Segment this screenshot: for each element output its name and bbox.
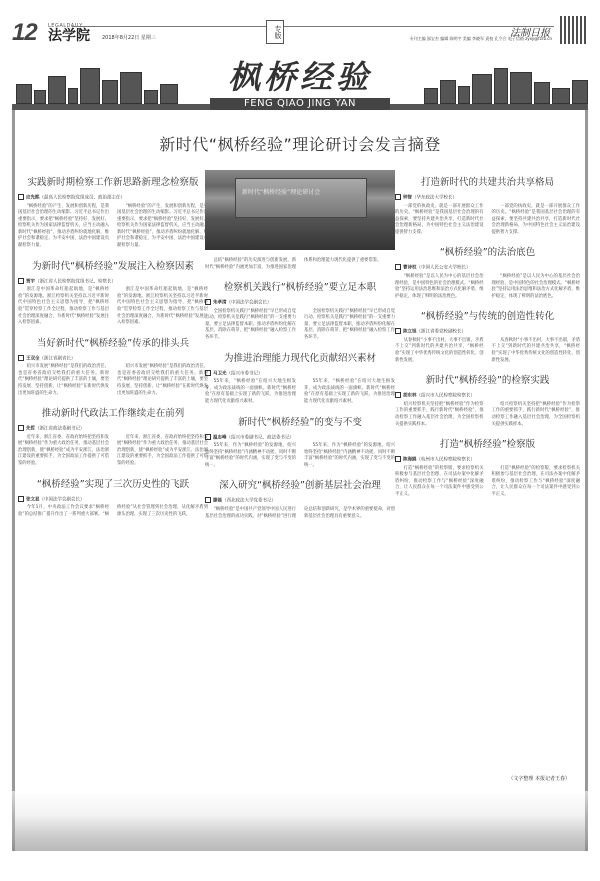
byline: 马卫光（绍兴市委书记） [205, 370, 395, 377]
article-title: 新时代“枫桥经验”的检察实践 [395, 372, 580, 386]
article: “枫桥经验”与传统的创造性转化 陈立旭（浙江省委党校副校长） 从春秋时“小事不出… [395, 308, 580, 364]
article-body: 全国检察机关践行“枫桥经验”早已形成自觉行动。检察机关是践行“枫桥经验”的一支重… [205, 309, 395, 342]
author-affiliation: （绍兴市委书记） [227, 371, 263, 376]
author-affiliation: （浙江省副省长） [40, 356, 76, 361]
article: “枫桥经验”实现了三次历史性的飞跃 张文显（中国法学会副会长） 今年1月，中央政… [18, 476, 208, 519]
masthead-rule [72, 26, 554, 27]
byline-box-icon [18, 194, 24, 200]
article-title: 实践新时期检察工作新思路新理念检察版 [18, 174, 208, 188]
article-body: 浙江是中国革命红船起航地，是“枫桥经验”的发源地。浙江检察机关坚持以习近平新时代… [18, 287, 208, 327]
byline-box-icon [18, 355, 24, 361]
author-affiliation: （浙江省政法委副书记） [35, 427, 85, 432]
author-name: 温志峰 [213, 435, 227, 440]
byline-box-icon [18, 425, 24, 431]
banner-title: 枫桥经验 [192, 60, 408, 94]
author-name: 钟智 [403, 196, 412, 201]
author-affiliation: （中国人民公安大学校长） [417, 266, 471, 271]
article-title: 为新时代“枫桥经验”发展注入检察因素 [18, 258, 208, 272]
article: 打造“枫桥经验”检察版 陈海鸥（杭州市人民检察院检察长） 打造“枫桥经验”的检察… [395, 436, 580, 498]
article-body: 55年来，“枫桥经验”在绍兴大地生根发芽，成为政法战线的一面旗帜。新时代“枫桥经… [205, 379, 395, 405]
byline: 曹诗权（中国人民公安大学校长） [395, 264, 580, 271]
article-body: “枫桥经验”是中国共产党领导中国人民进行基层社会治理的成功实践，对“枫桥经验”进… [205, 507, 395, 520]
article: 实践新时期检察工作新思路新理念检察版 应先熙（最高人民检察院党组成员、政治部主任… [18, 174, 208, 250]
byline-box-icon [395, 392, 401, 398]
special-edition-seal: 专版 [266, 20, 284, 44]
column-middle: 新时代“枫桥经验”理论研讨会 总结“枫桥经验”的历史演进与创新发展，新时代“枫桥… [205, 170, 395, 528]
article-title: “枫桥经验”与传统的创造性转化 [395, 308, 580, 322]
article-body: 打造“枫桥经验”的检察版，要求检察机关积极参与基层社会治理，在司法办案中化解矛盾… [395, 466, 580, 499]
article-body: “枫桥经验”是以人民为中心的基层社会治理经验，是中国特色的社会治理模式。“枫桥经… [395, 274, 580, 300]
byline: 张文显（中国法学会副会长） [18, 496, 208, 503]
banner-subtitle: FENG QIAO JING YAN [210, 98, 390, 110]
author-affiliation: （杭州市人民检察院检察长） [417, 458, 476, 463]
byline-box-icon [395, 264, 401, 270]
article: 为推进治理能力现代化贡献绍兴素材 马卫光（绍兴市委书记） 55年来，“枫桥经验”… [205, 350, 395, 406]
author-name: 曹诗权 [403, 266, 417, 271]
column-right: 打造新时代的共建共治共享格局 钟智（华东政法大学校长） 一部党的执政史，就是一部… [395, 170, 580, 507]
author-name: 贾宇 [26, 279, 35, 284]
stage-screen: 新时代“枫桥经验”理论研讨会 [235, 178, 367, 218]
article: 深入研究“枫桥经验”创新基层社会治理 滕能（西北政法大学党委书记） “枫桥经验”… [205, 477, 395, 520]
author-affiliation: （浙江省委党校副校长） [417, 330, 467, 335]
article: 新时代“枫桥经验”的变与不变 温志峰（绍兴市委副书记、政法委书记） 55年来，作… [205, 414, 395, 470]
author-name: 王双全 [26, 356, 40, 361]
byline: 陈立旭（浙江省委党校副校长） [395, 328, 580, 335]
article-body: “枫桥经验”的产生、发展和创新历程，是我国基层社会治理的生动缩影。习近平总书记作… [18, 204, 208, 250]
article-title: 新时代“枫桥经验”的变与不变 [205, 414, 395, 428]
article-title: “枫桥经验”实现了三次历史性的飞跃 [18, 476, 208, 490]
byline: 钟智（华东政法大学校长） [395, 194, 580, 201]
masthead: 12 LEGALDAILY 法学院 2018年8月22日 星期三 专版 法制日报… [12, 22, 588, 44]
byline: 朱孝清（中国法学会副会长） [205, 299, 395, 306]
author-name: 张文显 [26, 497, 40, 502]
skyline-right-icon [418, 64, 588, 104]
article-title: 当好新时代“枫桥经验”传承的排头兵 [18, 335, 208, 349]
author-affiliation: （西北政法大学党委书记） [222, 499, 276, 504]
byline: 贾宇（浙江省人民检察院党组书记、检察长） [18, 278, 208, 285]
article: “枫桥经验”的法治底色 曹诗权（中国人民公安大学校长） “枫桥经验”是以人民为中… [395, 244, 580, 300]
article-body: 一部党的执政史，就是一部开展群众工作的历史。“枫桥经验”是我国基层社会治理的有益… [395, 204, 580, 237]
article-title: 检察机关践行“枫桥经验”要立足本职 [205, 279, 395, 293]
byline-box-icon [395, 328, 401, 334]
skyline-left-icon [12, 64, 182, 104]
byline: 王双全（浙江省副省长） [18, 355, 208, 362]
article: 打造新时代的共建共治共享格局 钟智（华东政法大学校长） 一部党的执政史，就是一部… [395, 174, 580, 236]
editorial-credits: 专刊主编 邵宝杰 编辑 陈明宇 美编 李晓军 责校 孔令合 电子信箱 zyxy@… [410, 36, 552, 42]
byline-box-icon [205, 434, 211, 440]
editor-signoff: （文字整理 本报记者王春） [508, 775, 570, 782]
article-body: 绍兴市发展“枫桥经验”是我们的政治责任，也是省委省政府交给我们的重大任务。新时代… [18, 364, 208, 397]
article-title: 推动新时代政法工作继续走在前列 [18, 405, 208, 419]
author-name: 胡东林 [403, 394, 417, 399]
article-title: “枫桥经验”的法治底色 [395, 244, 580, 258]
author-affiliation: （最高人民检察院党组成员、政治部主任） [40, 196, 126, 201]
byline-box-icon [205, 497, 211, 503]
byline: 应先熙（最高人民检察院党组成员、政治部主任） [18, 194, 208, 201]
author-name: 马卫光 [213, 371, 227, 376]
article: 总结“枫桥经验”的历史演进与创新发展，新时代“枫桥经验”内涵更加丰富，为推进国家… [205, 258, 395, 271]
article: 为新时代“枫桥经验”发展注入检察因素 贾宇（浙江省人民检察院党组书记、检察长） … [18, 258, 208, 327]
qr-code-icon [560, 16, 588, 44]
byline: 温志峰（绍兴市委副书记、政法委书记） [205, 434, 395, 441]
byline-box-icon [205, 370, 211, 376]
byline-box-icon [18, 496, 24, 502]
article-body: 从春秋时“小事不出村，大事不出镇，矛盾不上交”到新时代的共建共治共享，“枫桥经验… [395, 338, 580, 364]
article-body: 今年1月，中央政法工作会议要求“枫桥经验”的总结推广提升作出了一系列重大部署。“… [18, 505, 208, 518]
byline-box-icon [205, 299, 211, 305]
issue-date: 2018年8月22日 星期三 [102, 34, 156, 41]
article: 新时代“枫桥经验”的检察实践 胡东林（绍兴市人民检察院检察长） 绍兴检察机关坚持… [395, 372, 580, 428]
author-name: 滕能 [213, 499, 222, 504]
author-name: 陈立旭 [403, 330, 417, 335]
author-affiliation: （绍兴市委副书记、政法委书记） [227, 435, 295, 440]
article-body: 55年来，作为“枫桥经验”的发源地，绍兴始终坚持“枫桥经验”内涵精神不动摇，同时… [205, 443, 395, 469]
byline-box-icon [18, 278, 24, 284]
byline: 滕能（西北政法大学党委书记） [205, 497, 395, 504]
byline: 胡东林（绍兴市人民检察院检察长） [395, 392, 580, 399]
section-title: 法学院 [48, 29, 90, 44]
author-affiliation: （中国法学会副会长） [40, 497, 85, 502]
article-body: 近年来，浙江省委、省政府始终把坚持和发展“枫桥经验”作为重大政治任务，推动基层社… [18, 435, 208, 468]
article-title: 为推进治理能力现代化贡献绍兴素材 [205, 350, 395, 364]
article: 当好新时代“枫桥经验”传承的排头兵 王双全（浙江省副省长） 绍兴市发展“枫桥经验… [18, 335, 208, 397]
article-body: 总结“枫桥经验”的历史演进与创新发展，新时代“枫桥经验”内涵更加丰富，为推进国家… [205, 258, 395, 271]
article: 检察机关践行“枫桥经验”要立足本职 朱孝清（中国法学会副会长） 全国检察机关践行… [205, 279, 395, 341]
page-number: 12 [12, 22, 37, 44]
article-title: 打造“枫桥经验”检察版 [395, 436, 580, 450]
conference-photo: 新时代“枫桥经验”理论研讨会 [205, 170, 395, 250]
byline-box-icon [395, 456, 401, 462]
byline: 先哲（浙江省政法委副书记） [18, 425, 208, 432]
feature-banner: 枫桥经验 FENG QIAO JING YAN [12, 60, 588, 110]
author-name: 应先熙 [26, 196, 40, 201]
author-affiliation: （绍兴市人民检察院检察长） [417, 394, 476, 399]
author-name: 陈海鸥 [403, 458, 417, 463]
page-headline: 新时代“枫桥经验”理论研讨会发言摘登 [0, 132, 600, 155]
article-body: 绍兴检察机关坚持把“枫桥经验”作为检察工作的重要抓手，践行新时代“枫桥经验”，推… [395, 402, 580, 428]
author-affiliation: （中国法学会副会长） [227, 301, 272, 306]
article-title: 打造新时代的共建共治共享格局 [395, 174, 580, 188]
author-name: 朱孝清 [213, 301, 227, 306]
article-title: 深入研究“枫桥经验”创新基层社会治理 [205, 477, 395, 491]
author-affiliation: （华东政法大学校长） [412, 196, 457, 201]
column-left: 实践新时期检察工作新思路新理念检察版 应先熙（最高人民检察院党组成员、政治部主任… [18, 170, 208, 526]
byline: 陈海鸥（杭州市人民检察院检察长） [395, 456, 580, 463]
author-name: 先哲 [26, 427, 35, 432]
author-affiliation: （浙江省人民检察院党组书记、检察长） [35, 279, 116, 284]
byline-box-icon [395, 194, 401, 200]
water-town-scenery-image [12, 791, 588, 851]
article: 推动新时代政法工作继续走在前列 先哲（浙江省政法委副书记） 近年来，浙江省委、省… [18, 405, 208, 467]
